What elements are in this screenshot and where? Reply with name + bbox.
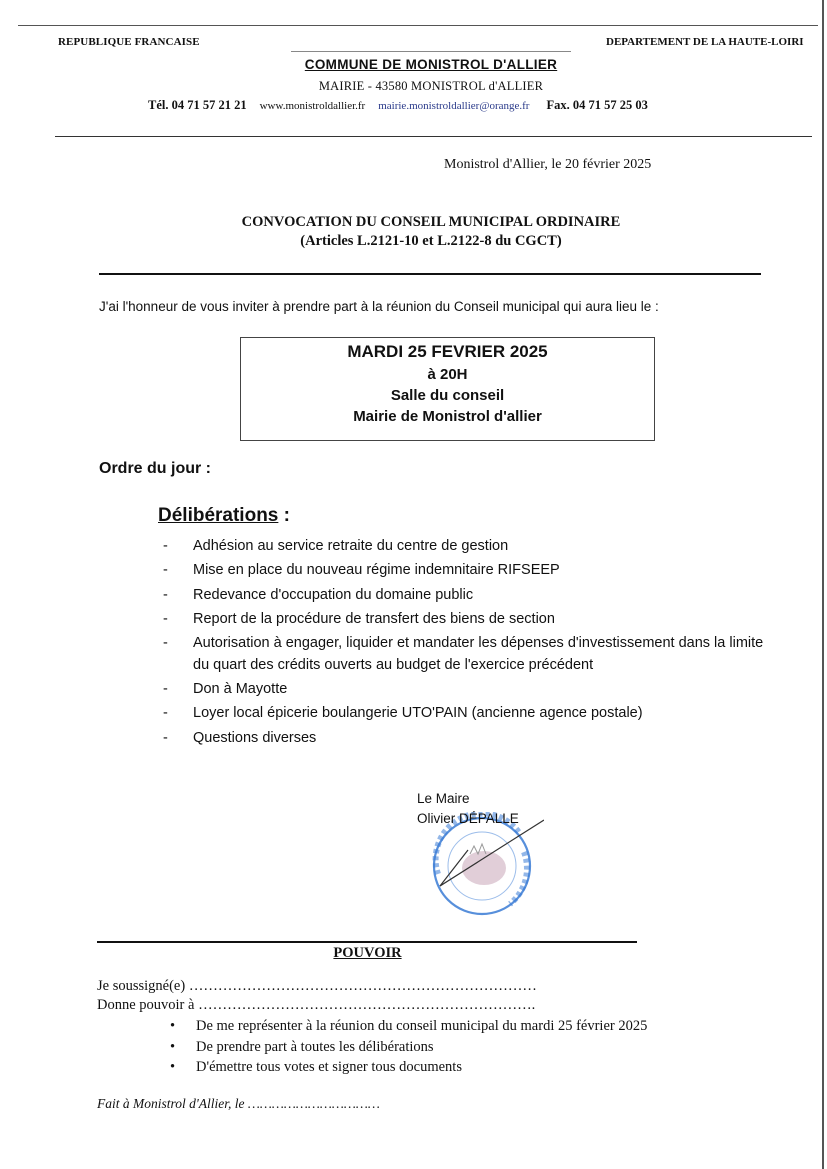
agenda-item: -Autorisation à engager, liquider et man… — [163, 631, 783, 677]
dash-bullet: - — [163, 583, 193, 607]
bullet-icon: • — [170, 1057, 196, 1078]
official-stamp-icon — [420, 812, 544, 916]
website-link[interactable]: www.monistroldallier.fr — [260, 100, 366, 112]
pouvoir-item: •De prendre part à toutes les délibérati… — [170, 1037, 647, 1058]
header-top-rule — [18, 25, 818, 26]
document-title: CONVOCATION DU CONSEIL MUNICIPAL ORDINAI… — [0, 214, 827, 231]
commune-underline-rule — [291, 51, 571, 52]
pouvoir-separator-rule — [97, 941, 637, 943]
agenda-item: -Mise en place du nouveau régime indemni… — [163, 558, 783, 582]
agenda-list: -Adhésion au service retraite du centre … — [163, 534, 783, 750]
header-bottom-rule — [55, 136, 812, 137]
dash-bullet: - — [163, 677, 193, 701]
document-subtitle: (Articles L.2121-10 et L.2122-8 du CGCT) — [0, 233, 827, 250]
dash-bullet: - — [163, 534, 193, 558]
phone-number: Tél. 04 71 57 21 21 — [148, 98, 247, 112]
undersigned-field[interactable]: Je soussigné(e) ……………………………………………………………… — [97, 978, 537, 995]
signed-at-field[interactable]: Fait à Monistrol d'Allier, le …………………………… — [97, 1096, 380, 1112]
bullet-icon: • — [170, 1016, 196, 1037]
bullet-icon: • — [170, 1037, 196, 1058]
pouvoir-list: •De me représenter à la réunion du conse… — [170, 1016, 647, 1078]
agenda-heading: Ordre du jour : — [99, 460, 211, 478]
dash-bullet: - — [163, 558, 193, 582]
mayor-title: Le Maire — [417, 791, 470, 806]
agenda-item: -Adhésion au service retraite du centre … — [163, 534, 783, 558]
commune-title: COMMUNE DE MONISTROL D'ALLIER — [0, 57, 827, 72]
deliberations-suffix: : — [278, 505, 290, 526]
meeting-date: MARDI 25 FEVRIER 2025 — [241, 342, 654, 362]
proxy-recipient-field[interactable]: Donne pouvoir à ……………………………………………………………. — [97, 997, 535, 1014]
mayor-name: Olivier DÉPALLE — [417, 811, 519, 826]
meeting-place: Mairie de Monistrol d'allier — [241, 408, 654, 425]
email-link[interactable]: mairie.monistroldallier@orange.fr — [378, 100, 529, 112]
meeting-details-box: MARDI 25 FEVRIER 2025 à 20H Salle du con… — [240, 337, 655, 441]
pouvoir-heading: POUVOIR — [0, 945, 735, 962]
mairie-address: MAIRIE - 43580 MONISTROL d'ALLIER — [0, 79, 827, 94]
meeting-time: à 20H — [241, 366, 654, 383]
meeting-room: Salle du conseil — [241, 387, 654, 404]
header-left-text: REPUBLIQUE FRANCAISE — [58, 36, 200, 48]
dash-bullet: - — [163, 726, 193, 750]
pouvoir-item: •D'émettre tous votes et signer tous doc… — [170, 1057, 647, 1078]
contact-line: Tél. 04 71 57 21 21 www.monistroldallier… — [148, 98, 648, 113]
date-line: Monistrol d'Allier, le 20 février 2025 — [444, 157, 651, 173]
title-separator-rule — [99, 273, 761, 275]
agenda-item: -Don à Mayotte — [163, 677, 783, 701]
dash-bullet: - — [163, 701, 193, 725]
pouvoir-item: •De me représenter à la réunion du conse… — [170, 1016, 647, 1037]
header-right-text: DEPARTEMENT DE LA HAUTE-LOIRI — [606, 36, 804, 48]
deliberations-heading: Délibérations : — [158, 505, 290, 527]
dash-bullet: - — [163, 607, 193, 631]
scan-edge — [822, 0, 824, 1169]
agenda-item: -Report de la procédure de transfert des… — [163, 607, 783, 631]
agenda-item: -Redevance d'occupation du domaine publi… — [163, 583, 783, 607]
agenda-item: -Questions diverses — [163, 726, 783, 750]
dash-bullet: - — [163, 631, 193, 677]
intro-text: J'ai l'honneur de vous inviter à prendre… — [99, 299, 659, 314]
agenda-item: -Loyer local épicerie boulangerie UTO'PA… — [163, 701, 783, 725]
fax-number: Fax. 04 71 57 25 03 — [546, 98, 647, 112]
deliberations-title: Délibérations — [158, 505, 278, 526]
